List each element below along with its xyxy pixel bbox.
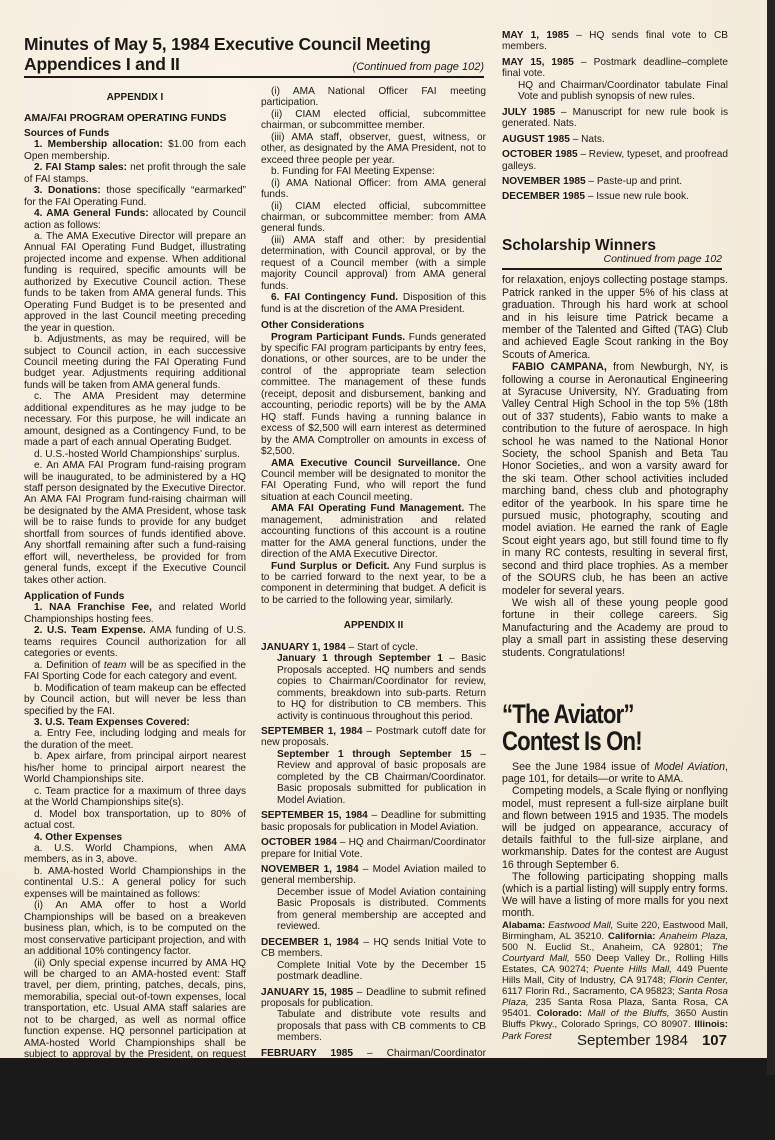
aviator-paragraph: Competing models, a Scale flying or nonf… [502,785,728,870]
application-item: 1. NAA Franchise Fee, and related World … [24,602,246,625]
meeting-category: (i) AMA National Officer FAI meeting par… [261,86,486,109]
application-subitem: (i) An AMA offer to host a World Champio… [24,900,246,957]
application-subitem: b. AMA-hosted World Championships in the… [24,866,246,900]
appendix-2-heading: APPENDIX II [261,620,486,631]
application-subitem: (ii) Only special expense incurred by AM… [24,958,246,1073]
source-item: 2. FAI Stamp sales: net profit through t… [24,162,246,185]
meeting-category: (ii) CIAM elected official, subcommittee… [261,109,486,132]
consideration-item: AMA FAI Operating Fund Management. The m… [261,503,486,560]
sources-heading: Sources of Funds [24,128,246,139]
schedule-entry: FEBRUARY 1985 – Chairman/Coordinator det… [261,1048,486,1071]
consideration-item: Program Participant Funds. Funds generat… [261,332,486,458]
scholarship-continued: Continued from page 102 [502,254,728,265]
application-subitem: c. Team practice for a maximum of three … [24,786,246,809]
contingency-fund: 6. FAI Contingency Fund. Disposition of … [261,292,486,315]
application-item: 4. Other Expenses [24,832,246,843]
general-funds-item: b. Adjustments, as may be required, will… [24,334,246,391]
other-considerations-heading: Other Considerations [261,320,486,331]
aviator-title: “The Aviator” Contest Is On! [502,701,687,755]
schedule-entry: JANUARY 1, 1984 – Start of cycle. Januar… [261,642,486,722]
general-funds-item: e. An AMA FAI Program fund-raising progr… [24,460,246,586]
schedule-entry: JANUARY 15, 1985 – Deadline to submit re… [261,987,486,1044]
column-2: (i) AMA National Officer FAI meeting par… [261,86,486,1075]
application-item: 2. U.S. Team Expense. AMA funding of U.S… [24,625,246,659]
aviator-body: See the June 1984 issue of Model Aviatio… [502,761,728,920]
schedule-entry: NOVEMBER 1985 – Paste-up and print. [502,176,728,187]
schedule-entry: JULY 1985 – Manuscript for new rule book… [502,107,728,130]
schedule-entry: DECEMBER 1, 1984 – HQ sends Initial Vote… [261,937,486,983]
article-title-line2: Appendices I and II [24,54,180,74]
page-number: 107 [702,1032,727,1049]
funding-item: (ii) CIAM elected official, subcommittee… [261,201,486,235]
general-funds-item: c. The AMA President may determine addit… [24,391,246,448]
column-1: APPENDIX I AMA/FAI PROGRAM OPERATING FUN… [24,86,246,1075]
header-rule [24,76,484,78]
general-funds-item: d. U.S.-hosted World Championships’ surp… [24,449,246,460]
application-subitem: a. U.S. World Champions, when AMA member… [24,843,246,866]
source-item: 3. Donations: those specifically “earmar… [24,185,246,208]
funding-item: (i) AMA National Officer: from AMA gener… [261,178,486,201]
schedule-entry: SEPTEMBER 1, 1984 – Postmark cutoff date… [261,726,486,806]
application-subitem: b. Apex airfare, from principal airport … [24,751,246,785]
scholarship-title: Scholarship Winners [502,237,728,254]
scholarship-paragraph: We wish all of these young people good f… [502,597,728,659]
source-item: 4. AMA General Funds: allocated by Counc… [24,208,246,231]
application-subitem: a. Definition of team will be as specifi… [24,660,246,683]
continued-note: (Continued from page 102) [353,61,484,73]
scholarship-body: for relaxation, enjoys collecting postag… [502,274,728,659]
schedule-entry: MAY 15, 1985 – Postmark deadline–complet… [502,57,728,103]
schedule-entry: NOVEMBER 1, 1984 – Model Aviation mailed… [261,864,486,933]
application-heading: Application of Funds [24,591,246,602]
aviator-paragraph: The following participating shopping mal… [502,871,728,920]
article-title-line1: Minutes of May 5, 1984 Executive Council… [24,34,484,54]
general-funds-item: a. The AMA Executive Director will prepa… [24,231,246,334]
mall-listing: Alabama: Eastwood Mall, Suite 220, Eastw… [502,920,728,1042]
page-footer: September 1984107 [577,1032,727,1049]
application-subitem: a. Entry Fee, including lodging and meal… [24,728,246,751]
application-subitem: d. Model box transportation, up to 80% o… [24,809,246,832]
schedule-entry: OCTOBER 1985 – Review, typeset, and proo… [502,149,728,172]
schedule-entry: SEPTEMBER 15, 1984 – Deadline for submit… [261,810,486,833]
magazine-page: Minutes of May 5, 1984 Executive Council… [0,0,767,1058]
consideration-item: AMA Executive Council Surveillance. One … [261,458,486,504]
application-subitem: b. Modification of team makeup can be ef… [24,683,246,717]
section-title: AMA/FAI PROGRAM OPERATING FUNDS [24,113,246,124]
scholarship-rule [502,268,722,270]
scan-edge [767,0,775,1075]
scholarship-paragraph: for relaxation, enjoys collecting postag… [502,274,728,361]
schedule-entry: AUGUST 1985 – Nats. [502,134,728,145]
schedule-entry: MAY 1, 1985 – HQ sends final vote to CB … [502,30,728,53]
schedule-entry: DECEMBER 1985 – Issue new rule book. [502,191,728,202]
consideration-item: Fund Surplus or Deficit. Any Fund surplu… [261,561,486,607]
application-item: 3. U.S. Team Expenses Covered: [24,717,246,728]
funding-heading: b. Funding for FAI Meeting Expense: [261,166,486,177]
issue-date: September 1984 [577,1032,688,1049]
meeting-category: (iii) AMA staff, observer, guest, witnes… [261,132,486,166]
schedule-entry: OCTOBER 1984 – HQ and Chairman/Coordinat… [261,837,486,860]
column-3: MAY 1, 1985 – HQ sends final vote to CB … [502,30,728,1042]
scholarship-paragraph: FABIO CAMPANA, from Newburgh, NY, is fol… [502,361,728,597]
source-item: 1. Membership allocation: $1.00 from eac… [24,139,246,162]
funding-item: (iii) AMA staff and other: by presidenti… [261,235,486,292]
article-header: Minutes of May 5, 1984 Executive Council… [24,34,484,78]
aviator-paragraph: See the June 1984 issue of Model Aviatio… [502,761,728,785]
appendix-1-heading: APPENDIX I [24,92,246,103]
